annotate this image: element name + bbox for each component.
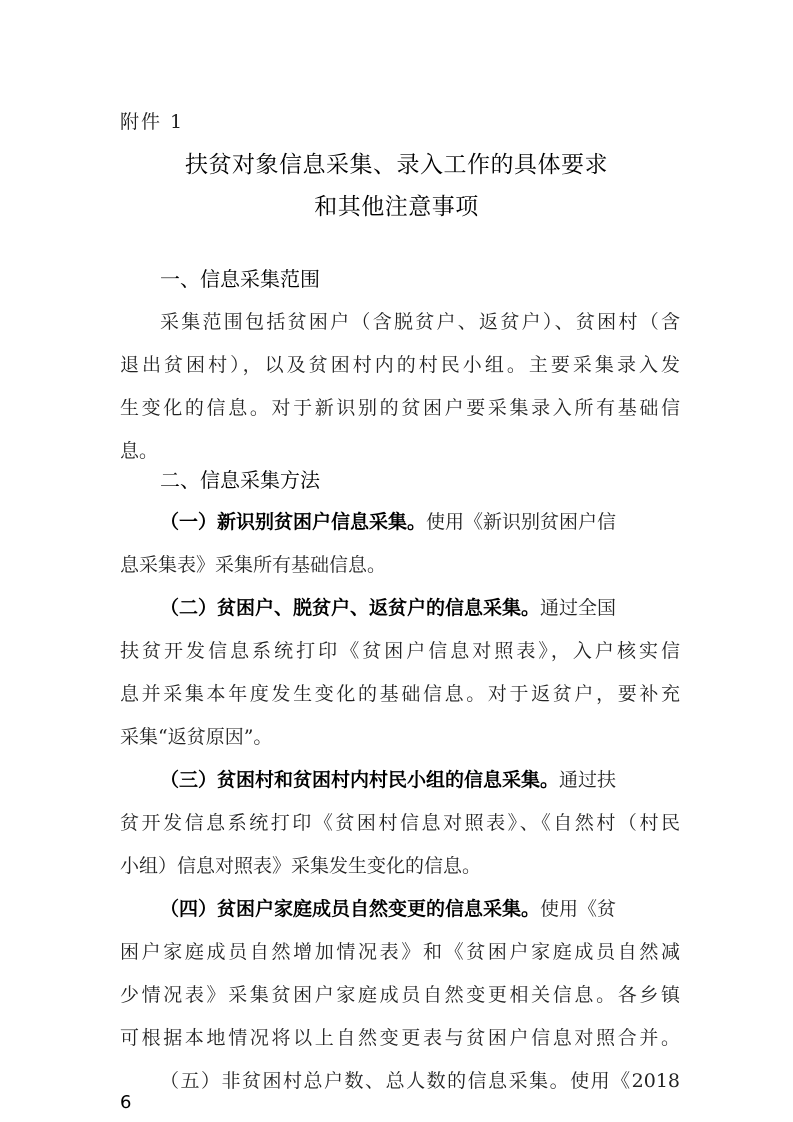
document-title-line-2: 和其他注意事项: [0, 188, 793, 221]
item-text: 使用《贫: [540, 898, 616, 920]
paragraph-line: 采集“返贫原因”。: [120, 723, 272, 751]
paragraph-line: 少情况表》采集贫困户家庭成员自然变更相关信息。各乡镇: [120, 981, 680, 1009]
attachment-label: 附件 1: [120, 107, 184, 134]
item-bold-lead: （三）贫困村和贫困村内村民小组的信息采集。: [160, 769, 559, 791]
item-text: 使用《新识别贫困户信: [426, 511, 616, 533]
item-text: 通过全国: [540, 597, 616, 619]
paragraph-line: 息并采集本年度发生变化的基础信息。对于返贫户，要补充: [120, 680, 680, 708]
section-heading-method: 二、信息采集方法: [160, 466, 320, 494]
item-bold-lead: （一）新识别贫困户信息采集。: [160, 511, 426, 533]
item-bold-lead: （二）贫困户、脱贫户、返贫户的信息采集。: [160, 597, 540, 619]
document-title-line-1: 扶贫对象信息采集、录入工作的具体要求: [0, 146, 793, 179]
paragraph-line: 息。: [120, 437, 158, 465]
paragraph-line: 息采集表》采集所有基础信息。: [120, 551, 386, 579]
item-first-line: （三）贫困村和贫困村内村民小组的信息采集。通过扶: [160, 766, 616, 794]
item-first-line: （五）非贫困村总户数、总人数的信息采集。使用《2018: [160, 1067, 680, 1095]
paragraph-line: 采集范围包括贫困户（含脱贫户、返贫户）、贫困村（含: [160, 308, 680, 336]
page-number: 6: [120, 1092, 131, 1113]
paragraph-line: 困户家庭成员自然增加情况表》和《贫困户家庭成员自然减: [120, 938, 680, 966]
item-first-line: （一）新识别贫困户信息采集。使用《新识别贫困户信: [160, 508, 616, 536]
paragraph-line: 扶贫开发信息系统打印《贫困户信息对照表》，入户核实信: [120, 637, 680, 665]
paragraph-line: 可根据本地情况将以上自然变更表与贫困户信息对照合并。: [120, 1024, 680, 1052]
paragraph-line: 生变化的信息。对于新识别的贫困户要采集录入所有基础信: [120, 394, 680, 422]
item-bold-lead: （四）贫困户家庭成员自然变更的信息采集。: [160, 898, 540, 920]
paragraph-line: 退出贫困村），以及贫困村内的村民小组。主要采集录入发: [120, 351, 680, 379]
item-first-line: （二）贫困户、脱贫户、返贫户的信息采集。通过全国: [160, 594, 616, 622]
document-page: 附件 1 扶贫对象信息采集、录入工作的具体要求 和其他注意事项 一、信息采集范围…: [0, 0, 793, 1122]
item-first-line: （四）贫困户家庭成员自然变更的信息采集。使用《贫: [160, 895, 616, 923]
paragraph-line: 小组）信息对照表》采集发生变化的信息。: [120, 852, 481, 880]
section-heading-scope: 一、信息采集范围: [160, 265, 320, 293]
paragraph-line: 贫开发信息系统打印《贫困村信息对照表》、《自然村（村民: [120, 809, 680, 837]
item-text: 通过扶: [559, 769, 616, 791]
